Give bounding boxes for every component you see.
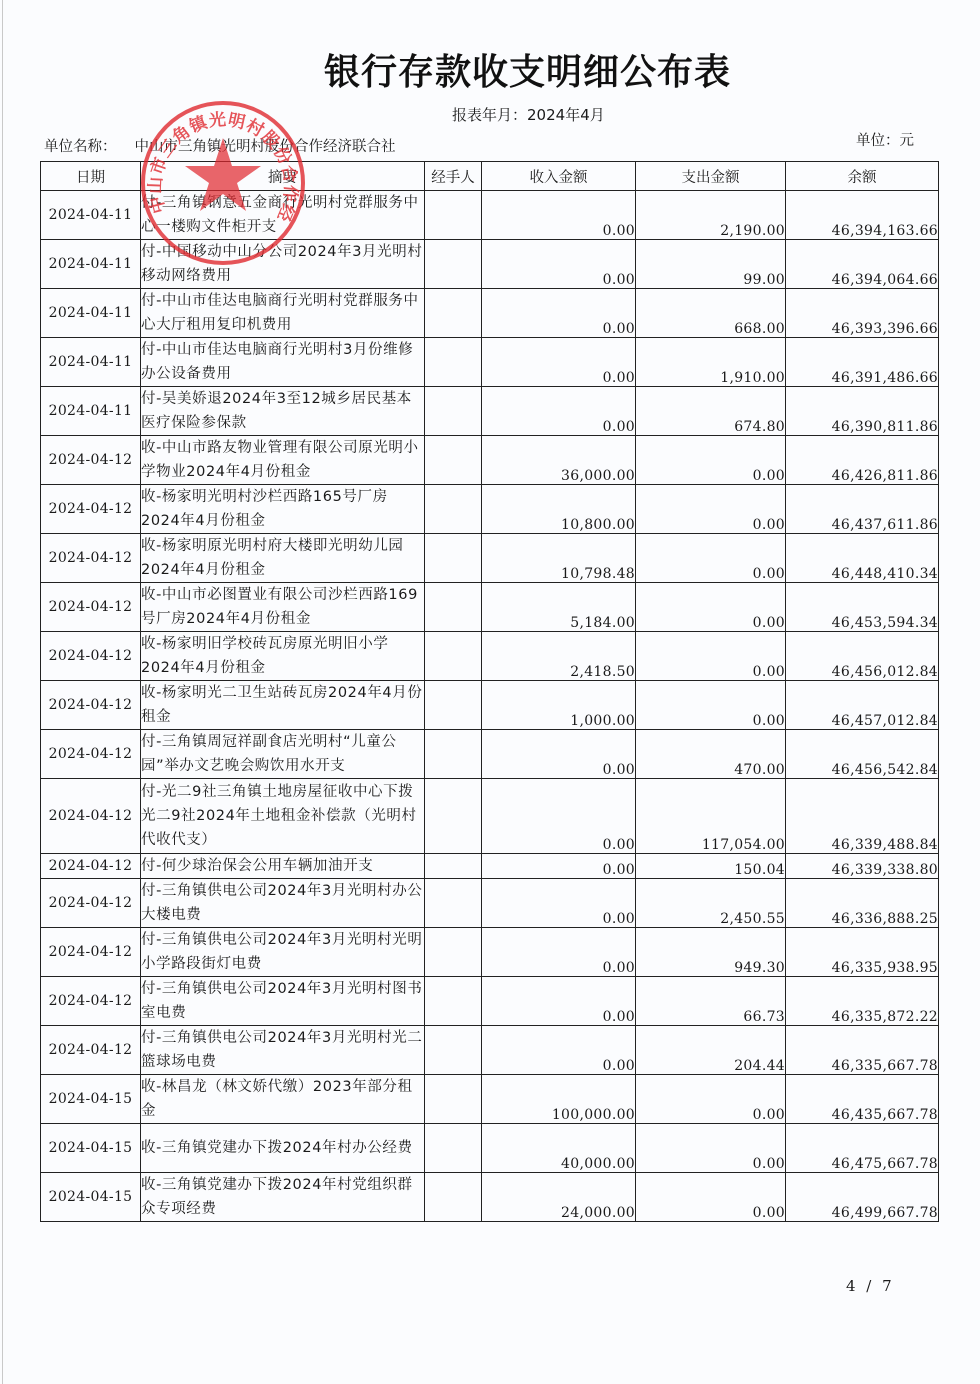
summary-cell: 收-杨家明光明村沙栏西路165号厂房2024年4月份租金 xyxy=(141,485,425,534)
date-cell: 2024-04-12 xyxy=(41,854,141,879)
summary-cell: 收-中山市必图置业有限公司沙栏西路169号厂房2024年4月份租金 xyxy=(141,583,425,632)
handler-cell xyxy=(425,485,482,534)
income-cell: 0.00 xyxy=(482,338,636,387)
summary-cell: 付-吴美娇退2024年3至12城乡居民基本医疗保险参保款 xyxy=(141,387,425,436)
date-cell: 2024-04-11 xyxy=(41,289,141,338)
balance-cell: 46,456,542.84 xyxy=(786,730,939,779)
expense-cell: 99.00 xyxy=(636,240,786,289)
table-row: 2024-04-11付-中山市佳达电脑商行光明村党群服务中心大厅租用复印机费用0… xyxy=(41,289,939,338)
balance-cell: 46,339,338.80 xyxy=(786,854,939,879)
table-row: 2024-04-12付-三角镇供电公司2024年3月光明村光二篮球场电费0.00… xyxy=(41,1026,939,1075)
balance-cell: 46,335,872.22 xyxy=(786,977,939,1026)
balance-cell: 46,457,012.84 xyxy=(786,681,939,730)
income-cell: 0.00 xyxy=(482,240,636,289)
handler-cell xyxy=(425,928,482,977)
date-cell: 2024-04-12 xyxy=(41,928,141,977)
header-handler: 经手人 xyxy=(425,162,482,191)
table-row: 2024-04-12收-中山市必图置业有限公司沙栏西路169号厂房2024年4月… xyxy=(41,583,939,632)
report-period: 报表年月：2024年4月 xyxy=(452,104,605,125)
balance-cell: 46,390,811.86 xyxy=(786,387,939,436)
income-cell: 0.00 xyxy=(482,879,636,928)
summary-cell: 付-中山市佳达电脑商行光明村党群服务中心大厅租用复印机费用 xyxy=(141,289,425,338)
date-cell: 2024-04-12 xyxy=(41,436,141,485)
summary-cell: 付-中国移动中山分公司2024年3月光明村移动网络费用 xyxy=(141,240,425,289)
handler-cell xyxy=(425,681,482,730)
date-cell: 2024-04-12 xyxy=(41,730,141,779)
header-balance: 余额 xyxy=(786,162,939,191)
handler-cell xyxy=(425,387,482,436)
expense-cell: 949.30 xyxy=(636,928,786,977)
balance-cell: 46,475,667.78 xyxy=(786,1124,939,1173)
handler-cell xyxy=(425,1124,482,1173)
table-row: 2024-04-12收-杨家明光明村沙栏西路165号厂房2024年4月份租金10… xyxy=(41,485,939,534)
date-cell: 2024-04-11 xyxy=(41,240,141,289)
summary-cell: 付-三角镇供电公司2024年3月光明村办公大楼电费 xyxy=(141,879,425,928)
summary-cell: 付-光二9社三角镇土地房屋征收中心下拨光二9社2024年土地租金补偿款（光明村代… xyxy=(141,779,425,854)
expense-cell: 1,910.00 xyxy=(636,338,786,387)
handler-cell xyxy=(425,779,482,854)
balance-cell: 46,394,163.66 xyxy=(786,191,939,240)
table-row: 2024-04-11付-中国移动中山分公司2024年3月光明村移动网络费用0.0… xyxy=(41,240,939,289)
table-row: 2024-04-12付-三角镇周冠祥副食店光明村“儿童公园”举办文艺晚会购饮用水… xyxy=(41,730,939,779)
date-cell: 2024-04-15 xyxy=(41,1124,141,1173)
expense-cell: 2,450.55 xyxy=(636,879,786,928)
balance-cell: 46,391,486.66 xyxy=(786,338,939,387)
handler-cell xyxy=(425,730,482,779)
income-cell: 0.00 xyxy=(482,1026,636,1075)
expense-cell: 150.04 xyxy=(636,854,786,879)
expense-cell: 470.00 xyxy=(636,730,786,779)
page-edge xyxy=(2,0,3,1384)
table-row: 2024-04-12收-杨家明原光明村府大楼即光明幼儿园2024年4月份租金10… xyxy=(41,534,939,583)
handler-cell xyxy=(425,583,482,632)
income-cell: 1,000.00 xyxy=(482,681,636,730)
balance-cell: 46,336,888.25 xyxy=(786,879,939,928)
date-cell: 2024-04-12 xyxy=(41,977,141,1026)
balance-cell: 46,394,064.66 xyxy=(786,240,939,289)
date-cell: 2024-04-12 xyxy=(41,534,141,583)
table-row: 2024-04-12付-三角镇供电公司2024年3月光明村图书室电费0.0066… xyxy=(41,977,939,1026)
summary-cell: 收-杨家明旧学校砖瓦房原光明旧小学2024年4月份租金 xyxy=(141,632,425,681)
table-row: 2024-04-15收-三角镇党建办下拨2024年村办公经费40,000.000… xyxy=(41,1124,939,1173)
expense-cell: 117,054.00 xyxy=(636,779,786,854)
date-cell: 2024-04-12 xyxy=(41,879,141,928)
date-cell: 2024-04-15 xyxy=(41,1173,141,1222)
summary-cell: 付-何少球治保会公用车辆加油开支 xyxy=(141,854,425,879)
summary-cell: 收-杨家明原光明村府大楼即光明幼儿园2024年4月份租金 xyxy=(141,534,425,583)
income-cell: 40,000.00 xyxy=(482,1124,636,1173)
summary-cell: 收-林昌龙（林文娇代缴）2023年部分租金 xyxy=(141,1075,425,1124)
currency-unit: 单位：元 xyxy=(856,129,914,150)
income-cell: 0.00 xyxy=(482,928,636,977)
expense-cell: 0.00 xyxy=(636,534,786,583)
page-title: 银行存款收支明细公布表 xyxy=(0,44,980,95)
handler-cell xyxy=(425,1026,482,1075)
table-row: 2024-04-12收-中山市路友物业管理有限公司原光明小学物业2024年4月份… xyxy=(41,436,939,485)
date-cell: 2024-04-11 xyxy=(41,191,141,240)
expense-cell: 0.00 xyxy=(636,436,786,485)
table-row: 2024-04-12付-何少球治保会公用车辆加油开支0.00150.0446,3… xyxy=(41,854,939,879)
handler-cell xyxy=(425,977,482,1026)
organization-name: 单位名称：中山市三角镇光明村股份合作经济联合社 xyxy=(44,135,396,156)
expense-cell: 0.00 xyxy=(636,1124,786,1173)
balance-cell: 46,426,811.86 xyxy=(786,436,939,485)
summary-cell: 付-中山市佳达电脑商行光明村3月份维修办公设备费用 xyxy=(141,338,425,387)
income-cell: 5,184.00 xyxy=(482,583,636,632)
date-cell: 2024-04-12 xyxy=(41,583,141,632)
income-cell: 24,000.00 xyxy=(482,1173,636,1222)
table-header-row: 日期 摘要 经手人 收入金额 支出金额 余额 xyxy=(41,162,939,191)
expense-cell: 204.44 xyxy=(636,1026,786,1075)
handler-cell xyxy=(425,240,482,289)
expense-cell: 0.00 xyxy=(636,632,786,681)
header-income: 收入金额 xyxy=(482,162,636,191)
income-cell: 0.00 xyxy=(482,289,636,338)
date-cell: 2024-04-11 xyxy=(41,387,141,436)
balance-cell: 46,437,611.86 xyxy=(786,485,939,534)
expense-cell: 0.00 xyxy=(636,485,786,534)
date-cell: 2024-04-15 xyxy=(41,1075,141,1124)
table-row: 2024-04-15收-三角镇党建办下拨2024年村党组织群众专项经费24,00… xyxy=(41,1173,939,1222)
table-row: 2024-04-15收-林昌龙（林文娇代缴）2023年部分租金100,000.0… xyxy=(41,1075,939,1124)
balance-cell: 46,453,594.34 xyxy=(786,583,939,632)
handler-cell xyxy=(425,436,482,485)
income-cell: 100,000.00 xyxy=(482,1075,636,1124)
handler-cell xyxy=(425,632,482,681)
organization-label: 单位名称： xyxy=(44,139,117,155)
expense-cell: 2,190.00 xyxy=(636,191,786,240)
table-row: 2024-04-11付-吴美娇退2024年3至12城乡居民基本医疗保险参保款0.… xyxy=(41,387,939,436)
header-expense: 支出金额 xyxy=(636,162,786,191)
table-row: 2024-04-11付-三角镇钢意五金商行光明村党群服务中心一楼购文件柜开支0.… xyxy=(41,191,939,240)
date-cell: 2024-04-11 xyxy=(41,338,141,387)
date-cell: 2024-04-12 xyxy=(41,681,141,730)
page-indicator: 4 / 7 xyxy=(846,1277,895,1295)
handler-cell xyxy=(425,338,482,387)
expense-cell: 0.00 xyxy=(636,1173,786,1222)
summary-cell: 收-三角镇党建办下拨2024年村党组织群众专项经费 xyxy=(141,1173,425,1222)
report-period-value: 2024年4月 xyxy=(527,106,605,124)
handler-cell xyxy=(425,289,482,338)
table-row: 2024-04-12付-三角镇供电公司2024年3月光明村办公大楼电费0.002… xyxy=(41,879,939,928)
balance-cell: 46,499,667.78 xyxy=(786,1173,939,1222)
organization-value: 中山市三角镇光明村股份合作经济联合社 xyxy=(135,139,396,155)
expense-cell: 0.00 xyxy=(636,681,786,730)
balance-cell: 46,335,667.78 xyxy=(786,1026,939,1075)
income-cell: 2,418.50 xyxy=(482,632,636,681)
date-cell: 2024-04-12 xyxy=(41,779,141,854)
expense-cell: 66.73 xyxy=(636,977,786,1026)
handler-cell xyxy=(425,534,482,583)
balance-cell: 46,393,396.66 xyxy=(786,289,939,338)
summary-cell: 付-三角镇供电公司2024年3月光明村图书室电费 xyxy=(141,977,425,1026)
report-period-label: 报表年月： xyxy=(452,106,527,124)
handler-cell xyxy=(425,854,482,879)
header-summary: 摘要 xyxy=(141,162,425,191)
balance-cell: 46,448,410.34 xyxy=(786,534,939,583)
date-cell: 2024-04-12 xyxy=(41,1026,141,1075)
table-row: 2024-04-11付-中山市佳达电脑商行光明村3月份维修办公设备费用0.001… xyxy=(41,338,939,387)
handler-cell xyxy=(425,1173,482,1222)
income-cell: 10,798.48 xyxy=(482,534,636,583)
expense-cell: 0.00 xyxy=(636,1075,786,1124)
summary-cell: 付-三角镇周冠祥副食店光明村“儿童公园”举办文艺晚会购饮用水开支 xyxy=(141,730,425,779)
header-date: 日期 xyxy=(41,162,141,191)
summary-cell: 收-中山市路友物业管理有限公司原光明小学物业2024年4月份租金 xyxy=(141,436,425,485)
income-cell: 0.00 xyxy=(482,191,636,240)
handler-cell xyxy=(425,1075,482,1124)
summary-cell: 付-三角镇钢意五金商行光明村党群服务中心一楼购文件柜开支 xyxy=(141,191,425,240)
handler-cell xyxy=(425,191,482,240)
handler-cell xyxy=(425,879,482,928)
expense-cell: 674.80 xyxy=(636,387,786,436)
balance-cell: 46,456,012.84 xyxy=(786,632,939,681)
income-cell: 0.00 xyxy=(482,779,636,854)
income-cell: 36,000.00 xyxy=(482,436,636,485)
table-row: 2024-04-12收-杨家明旧学校砖瓦房原光明旧小学2024年4月份租金2,4… xyxy=(41,632,939,681)
date-cell: 2024-04-12 xyxy=(41,632,141,681)
summary-cell: 收-三角镇党建办下拨2024年村办公经费 xyxy=(141,1124,425,1173)
balance-cell: 46,335,938.95 xyxy=(786,928,939,977)
date-cell: 2024-04-12 xyxy=(41,485,141,534)
income-cell: 0.00 xyxy=(482,387,636,436)
summary-cell: 收-杨家明光二卫生站砖瓦房2024年4月份租金 xyxy=(141,681,425,730)
summary-cell: 付-三角镇供电公司2024年3月光明村光二篮球场电费 xyxy=(141,1026,425,1075)
income-cell: 10,800.00 xyxy=(482,485,636,534)
summary-cell: 付-三角镇供电公司2024年3月光明村光明小学路段街灯电费 xyxy=(141,928,425,977)
expense-cell: 0.00 xyxy=(636,583,786,632)
income-cell: 0.00 xyxy=(482,854,636,879)
income-cell: 0.00 xyxy=(482,977,636,1026)
ledger-table: 日期 摘要 经手人 收入金额 支出金额 余额 2024-04-11付-三角镇钢意… xyxy=(40,161,939,1222)
income-cell: 0.00 xyxy=(482,730,636,779)
table-row: 2024-04-12付-光二9社三角镇土地房屋征收中心下拨光二9社2024年土地… xyxy=(41,779,939,854)
balance-cell: 46,339,488.84 xyxy=(786,779,939,854)
table-row: 2024-04-12付-三角镇供电公司2024年3月光明村光明小学路段街灯电费0… xyxy=(41,928,939,977)
balance-cell: 46,435,667.78 xyxy=(786,1075,939,1124)
table-row: 2024-04-12收-杨家明光二卫生站砖瓦房2024年4月份租金1,000.0… xyxy=(41,681,939,730)
ledger-body: 2024-04-11付-三角镇钢意五金商行光明村党群服务中心一楼购文件柜开支0.… xyxy=(41,191,939,1222)
expense-cell: 668.00 xyxy=(636,289,786,338)
